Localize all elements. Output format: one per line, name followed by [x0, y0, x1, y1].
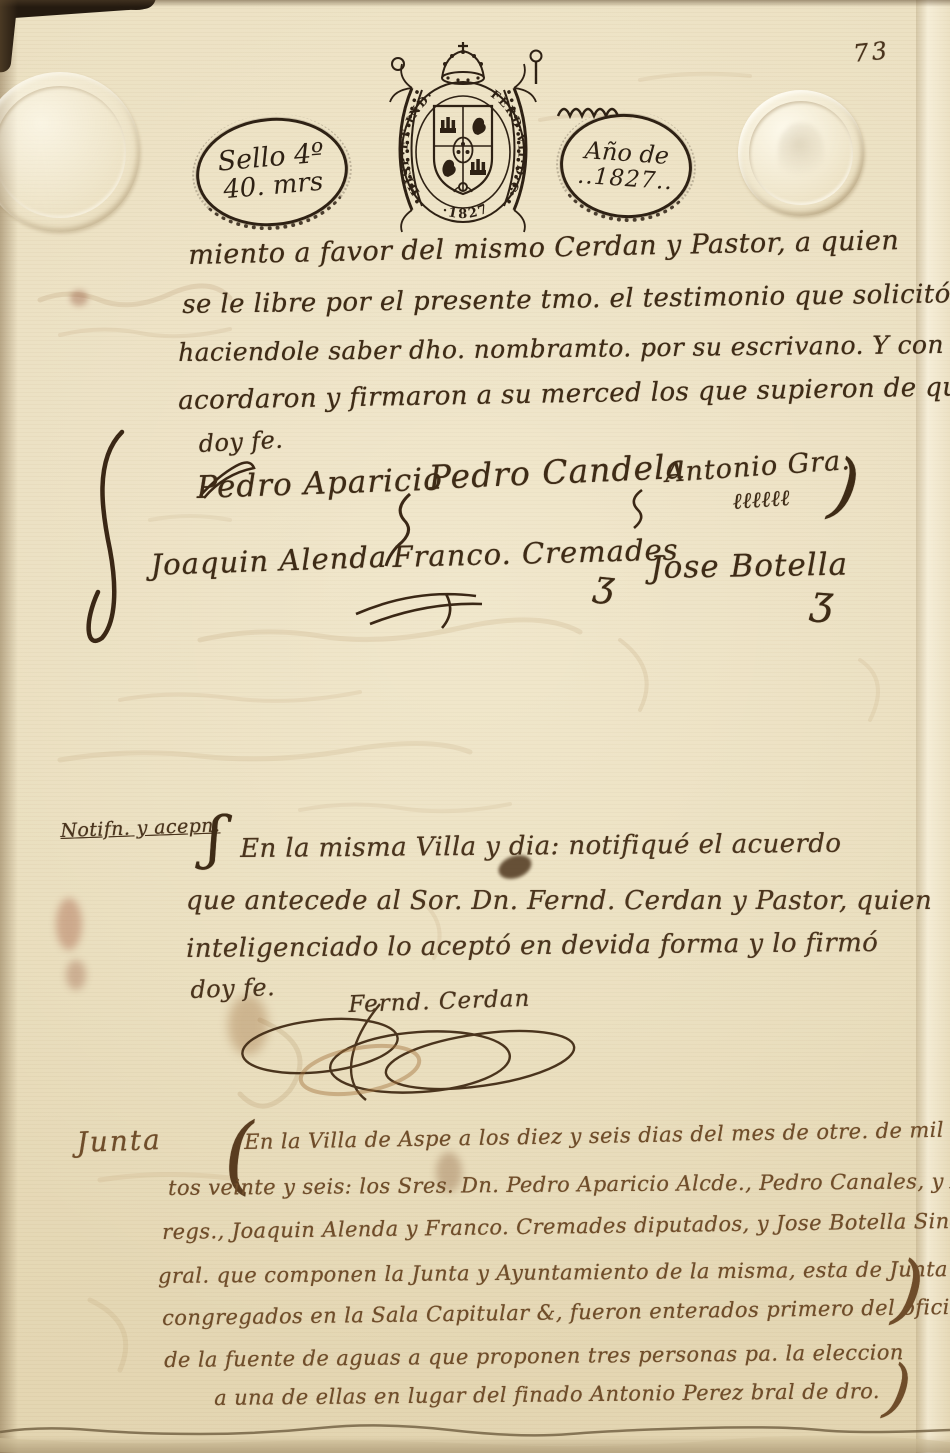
manuscript-line: haciendole saber dho. nombramto. por su … — [178, 330, 950, 367]
ink-stain — [66, 960, 86, 990]
coat-of-arms: HISP·ET IND· FERD·VII·D·G· ·1827· — [348, 40, 578, 245]
bottom-edge-shadow — [0, 1436, 950, 1453]
pen-flourish-grand — [230, 1000, 590, 1120]
ink-stain — [70, 290, 88, 306]
paragraph-bracket: ʃ — [206, 808, 224, 867]
manuscript-line: congregados en la Sala Capitular &, fuer… — [162, 1295, 950, 1330]
rubric-loops: ℓℓℓℓℓℓ — [732, 488, 791, 514]
manuscript-line: regs., Joaquin Alenda y Franco. Cremades… — [162, 1208, 950, 1244]
manuscript-line: En la misma Villa y dia: notifiqué el ac… — [240, 829, 842, 864]
stamp-left-oval: Sello 4º 40. mrs — [192, 112, 353, 233]
pen-flourish — [72, 426, 162, 656]
stamp-left-line1: Sello 4º — [217, 140, 326, 178]
pen-flourish — [618, 486, 668, 536]
stamp-right-line1: Año de — [584, 138, 670, 169]
stamp-right-line2: ..1827.. — [577, 163, 674, 194]
manuscript-line: se le libre por el presente tmo. el test… — [182, 279, 950, 320]
ink-stain — [56, 898, 82, 950]
top-edge-shadow — [0, 0, 950, 7]
margin-note-notification: Notifn. y acepn. — [60, 814, 221, 842]
manuscript-line: a una de ellas en lugar del finado Anton… — [214, 1379, 880, 1410]
manuscript-line: tos veinte y seis: los Sres. Dn. Pedro A… — [168, 1168, 950, 1200]
rubric-ezh: ʒ — [809, 580, 835, 622]
manuscript-line: que antecede al Sor. Dn. Fernd. Cerdan y… — [186, 886, 932, 916]
manuscript-line: inteligenciado lo aceptó en devida forma… — [186, 928, 878, 964]
manuscript-line: de la fuente de aguas a que proponen tre… — [164, 1340, 904, 1372]
manuscript-line: gral. que componen la Junta y Ayuntamien… — [158, 1257, 950, 1288]
rubric-ezh: ʒ — [592, 566, 616, 604]
pen-flourish — [350, 580, 530, 630]
manuscript-line: miento a favor del mismo Cerdan y Pastor… — [188, 225, 899, 271]
signature-antonio-gra: Antonio Gra. — [664, 445, 852, 489]
manuscript-line: acordaron y firmaron a su merced los que… — [178, 372, 950, 416]
manuscript-line: En la Villa de Aspe a los diez y seis di… — [244, 1116, 950, 1154]
manuscript-page: 73 Sello 4º 40. mrs Año de ..1827.. — [0, 0, 950, 1453]
right-fold — [916, 0, 950, 1453]
svg-text:FERD·VII·D·G·: FERD·VII·D·G· — [345, 29, 529, 196]
signature-joaquin-alenda: Joaquin Alenda — [150, 540, 388, 582]
page-number: 73 — [852, 36, 891, 68]
stamp-left-line2: 40. mrs — [222, 168, 324, 204]
arms-band-right-text: FERD·VII·D·G· — [345, 29, 529, 196]
embossed-seal-bust — [778, 123, 823, 183]
embossed-seal-left — [0, 72, 140, 232]
embossed-seal-right — [738, 90, 864, 216]
margin-note-junta: Junta — [76, 1123, 162, 1159]
embossed-seal-left-ring — [0, 86, 126, 217]
signature-franco-cremades: Franco. Cremades — [392, 533, 679, 574]
